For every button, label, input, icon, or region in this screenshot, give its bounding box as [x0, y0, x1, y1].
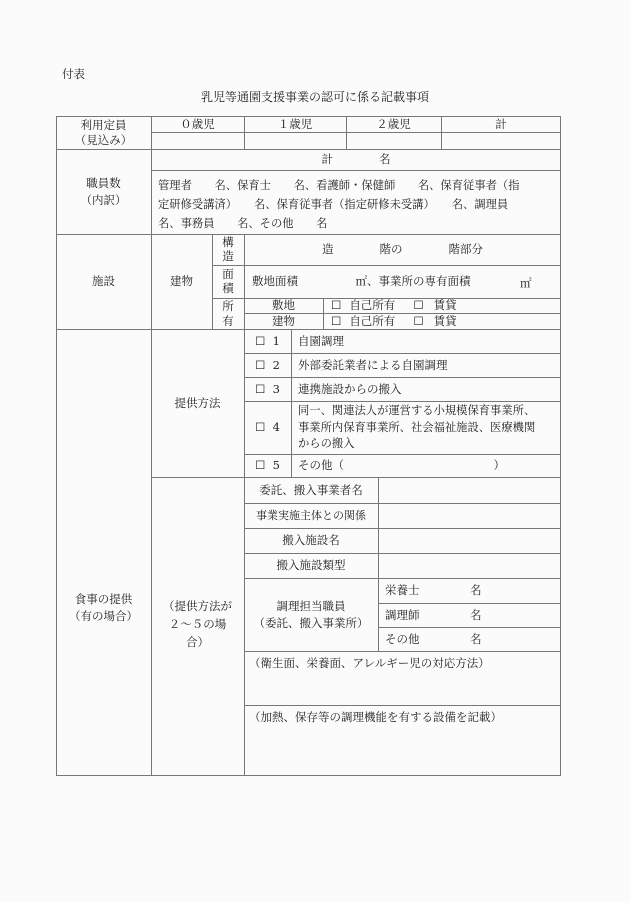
field-input-relationship[interactable] — [378, 503, 561, 528]
field-input-contractor[interactable] — [378, 477, 561, 503]
checkbox-icon: ☐ — [255, 381, 265, 398]
option-lease: 賃貸 — [434, 313, 457, 329]
meals-label-line1: 食事の提供 — [75, 591, 133, 608]
field-label-facility-name: 搬入施設名 — [244, 528, 378, 553]
structure-value[interactable]: 造 階の 階部分 — [244, 234, 561, 265]
role-label: その他 — [385, 631, 470, 648]
capacity-input-age2[interactable] — [346, 133, 441, 149]
cook-staff-label-line2: （委託、搬入事業所） — [254, 615, 369, 632]
method-5-text[interactable]: その他（ ） — [291, 454, 561, 477]
staff-breakdown-line1: 管理者 名、保育士 名、看護師・保健師 名、保育従事者（指 — [158, 176, 558, 195]
appendix-label: 付表 — [62, 66, 85, 82]
area-unit: ㎡ — [520, 275, 532, 291]
meals-label-line2: （有の場合） — [69, 608, 138, 625]
method-number: 1 — [273, 333, 280, 350]
method-1-checkbox[interactable]: ☐ 1 — [244, 329, 291, 353]
method-2-text: 外部委託業者による自園調理 — [291, 353, 561, 377]
capacity-label-line1: 利用定員 — [81, 118, 127, 133]
capacity-input-age0[interactable] — [151, 133, 244, 149]
ownership-item-building: 建物 — [244, 313, 323, 329]
method-2-checkbox[interactable]: ☐ 2 — [244, 353, 291, 377]
building-label: 建物 — [151, 234, 212, 329]
equipment-note-field[interactable]: （加熱、保存等の調理機能を有する設備を記載） — [244, 705, 561, 776]
cook-staff-label-line1: 調理担当職員 — [277, 598, 346, 615]
area-label-text: 面積 — [222, 268, 234, 296]
field-label-relationship: 事業実施主体との関係 — [244, 503, 378, 528]
capacity-input-age1[interactable] — [244, 133, 346, 149]
capacity-label-line2: （見込み） — [75, 133, 133, 148]
structure-label-text: 構造 — [222, 236, 234, 264]
checkbox-own-land[interactable]: ☐ — [331, 298, 341, 313]
method-3-checkbox[interactable]: ☐ 3 — [244, 377, 291, 401]
field-label-contractor: 委託、搬入事業者名 — [244, 477, 378, 503]
method-number: 4 — [273, 419, 280, 436]
method-number: 2 — [273, 357, 280, 374]
option-own: 自己所有 — [349, 313, 395, 329]
method-label: 提供方法 — [151, 329, 244, 477]
checkbox-icon: ☐ — [255, 457, 265, 474]
cook-staff-row-other[interactable]: その他名 — [378, 627, 561, 651]
method-3-text: 連携施設からの搬入 — [291, 377, 561, 401]
method-4-checkbox[interactable]: ☐ 4 — [244, 401, 291, 454]
structure-label: 構造 — [212, 234, 244, 265]
role-label: 栄養士 — [385, 582, 470, 599]
capacity-header-age2: ２歳児 — [346, 116, 441, 132]
conditional-label: （提供方法が ２～５の場 合） — [151, 590, 244, 660]
conditional-label-line1: （提供方法が — [163, 598, 232, 616]
ownership-options-building: ☐ 自己所有 ☐ 賃貸 — [331, 313, 457, 329]
method-5-checkbox[interactable]: ☐ 5 — [244, 454, 291, 477]
staff-breakdown-line2: 定研修受講済） 名、保育従事者（指定研修未受講） 名、調理員 — [158, 195, 558, 214]
cook-staff-label: 調理担当職員 （委託、搬入事業所） — [244, 578, 378, 651]
method-number: 3 — [273, 381, 280, 398]
ownership-options-land: ☐ 自己所有 ☐ 賃貸 — [331, 298, 457, 313]
method-4-line3: からの搬入 — [298, 436, 535, 453]
meals-label: 食事の提供 （有の場合） — [56, 329, 151, 776]
hygiene-note-field[interactable]: （衛生面、栄養面、アレルギー児の対応方法） — [244, 651, 561, 705]
capacity-header-total: 計 — [441, 116, 561, 132]
staff-total[interactable]: 計 名 — [151, 149, 561, 170]
ownership-item-land: 敷地 — [244, 298, 323, 313]
conditional-label-line3: 合） — [186, 634, 209, 652]
unit-label: 名 — [470, 582, 482, 599]
role-label: 調理師 — [385, 607, 470, 624]
field-input-facility-type[interactable] — [378, 553, 561, 578]
field-input-facility-name[interactable] — [378, 528, 561, 553]
cook-staff-row-nutritionist[interactable]: 栄養士名 — [378, 578, 561, 603]
staff-label-line2: （内訳） — [81, 192, 127, 209]
checkbox-icon: ☐ — [255, 357, 265, 374]
checkbox-own-building[interactable]: ☐ — [331, 313, 341, 329]
ownership-label: 所有 — [212, 298, 244, 329]
method-4-line2: 事業所内保育事業所、社会福祉施設、医療機関 — [298, 420, 535, 437]
capacity-header-age1: １歳児 — [244, 116, 346, 132]
checkbox-icon: ☐ — [255, 333, 265, 350]
capacity-header-age0: ０歳児 — [151, 116, 244, 132]
checkbox-lease-building[interactable]: ☐ — [413, 313, 423, 329]
unit-label: 名 — [470, 631, 482, 648]
staff-label: 職員数 （内訳） — [56, 149, 151, 234]
method-1-text: 自園調理 — [291, 329, 561, 353]
capacity-label: 利用定員 （見込み） — [56, 116, 151, 149]
staff-label-line1: 職員数 — [86, 175, 121, 192]
facility-label: 施設 — [56, 234, 151, 329]
checkbox-icon: ☐ — [255, 419, 265, 436]
capacity-input-total[interactable] — [441, 133, 561, 149]
staff-breakdown-line3: 名、事務員 名、その他 名 — [158, 214, 558, 233]
conditional-label-line2: ２～５の場 — [169, 616, 227, 634]
option-lease: 賃貸 — [434, 298, 457, 313]
ownership-label-text: 所有 — [222, 299, 234, 328]
method-4-text: 同一、関連法人が運営する小規模保育事業所、 事業所内保育事業所、社会福祉施設、医… — [298, 403, 535, 453]
page-title: 乳児等通園支援事業の認可に係る記載事項 — [0, 88, 630, 105]
checkbox-lease-land[interactable]: ☐ — [413, 298, 423, 313]
method-number: 5 — [273, 457, 280, 474]
area-label: 面積 — [212, 265, 244, 298]
staff-breakdown[interactable]: 管理者 名、保育士 名、看護師・保健師 名、保育従事者（指 定研修受講済） 名、… — [158, 176, 558, 233]
option-own: 自己所有 — [349, 298, 395, 313]
cook-staff-row-cook[interactable]: 調理師名 — [378, 603, 561, 627]
area-value[interactable]: 敷地面積 ㎡、事業所の専有面積 — [244, 265, 561, 298]
unit-label: 名 — [470, 607, 482, 624]
method-4-line1: 同一、関連法人が運営する小規模保育事業所、 — [298, 403, 535, 420]
field-label-facility-type: 搬入施設類型 — [244, 553, 378, 578]
